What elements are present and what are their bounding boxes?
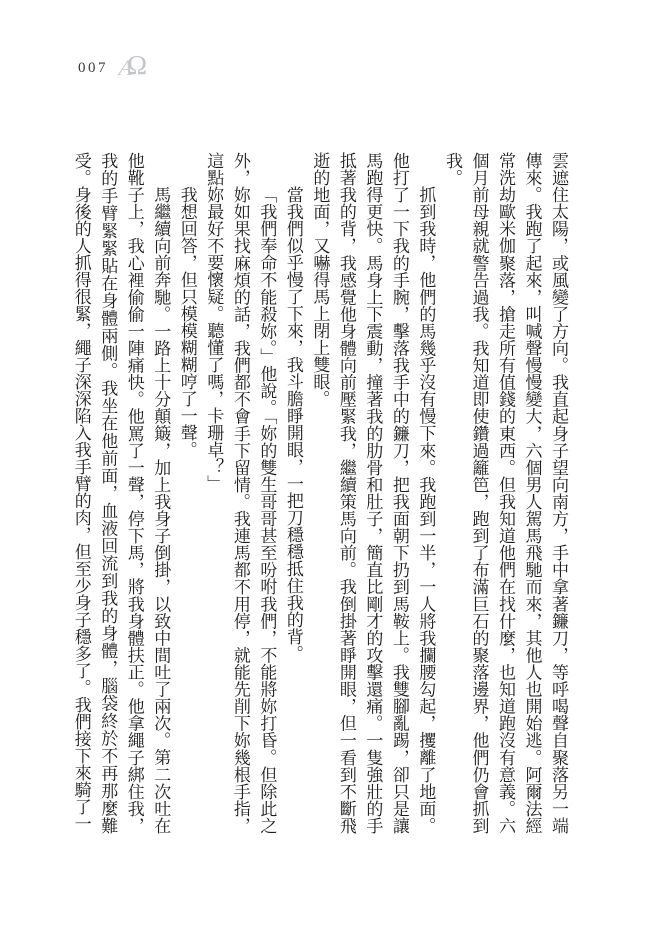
- page-number: 007: [78, 60, 108, 77]
- paragraph-5: 我想回答，但只模模糊糊哼了一聲。: [173, 152, 200, 834]
- paragraph-4: 「我們奉命不能殺妳。」他說。「妳的雙生哥哥甚至吩咐我們，不能將妳打昏。但除此之外…: [200, 152, 280, 834]
- omega-glyph: Ω: [127, 50, 147, 81]
- body-text: 雲遮住太陽，或風變了方向。我直起身子望向南方，手中拿著鐮刀，等呼喝聲自聚落另一端…: [67, 152, 571, 834]
- paragraph-1: 雲遮住太陽，或風變了方向。我直起身子望向南方，手中拿著鐮刀，等呼喝聲自聚落另一端…: [438, 152, 571, 834]
- book-page: 007 A Ω 雲遮住太陽，或風變了方向。我直起身子望向南方，手中拿著鐮刀，等呼…: [0, 0, 663, 932]
- alpha-omega-logo: A Ω: [118, 48, 158, 88]
- paragraph-6: 馬繼續向前奔馳。一路上十分顛簸，加上我身子倒掛，以致中間吐了兩次。第二次吐在他靴…: [67, 152, 173, 834]
- paragraph-2: 抓到我時，他們的馬幾乎沒有慢下來。我跑到一半，一人將我攔腰勾起，攫離了地面。他打…: [306, 152, 439, 834]
- paragraph-3: 當我們似乎慢了下來，我斗膽睜開眼，一把刀穩穩抵住我的背。: [279, 152, 306, 834]
